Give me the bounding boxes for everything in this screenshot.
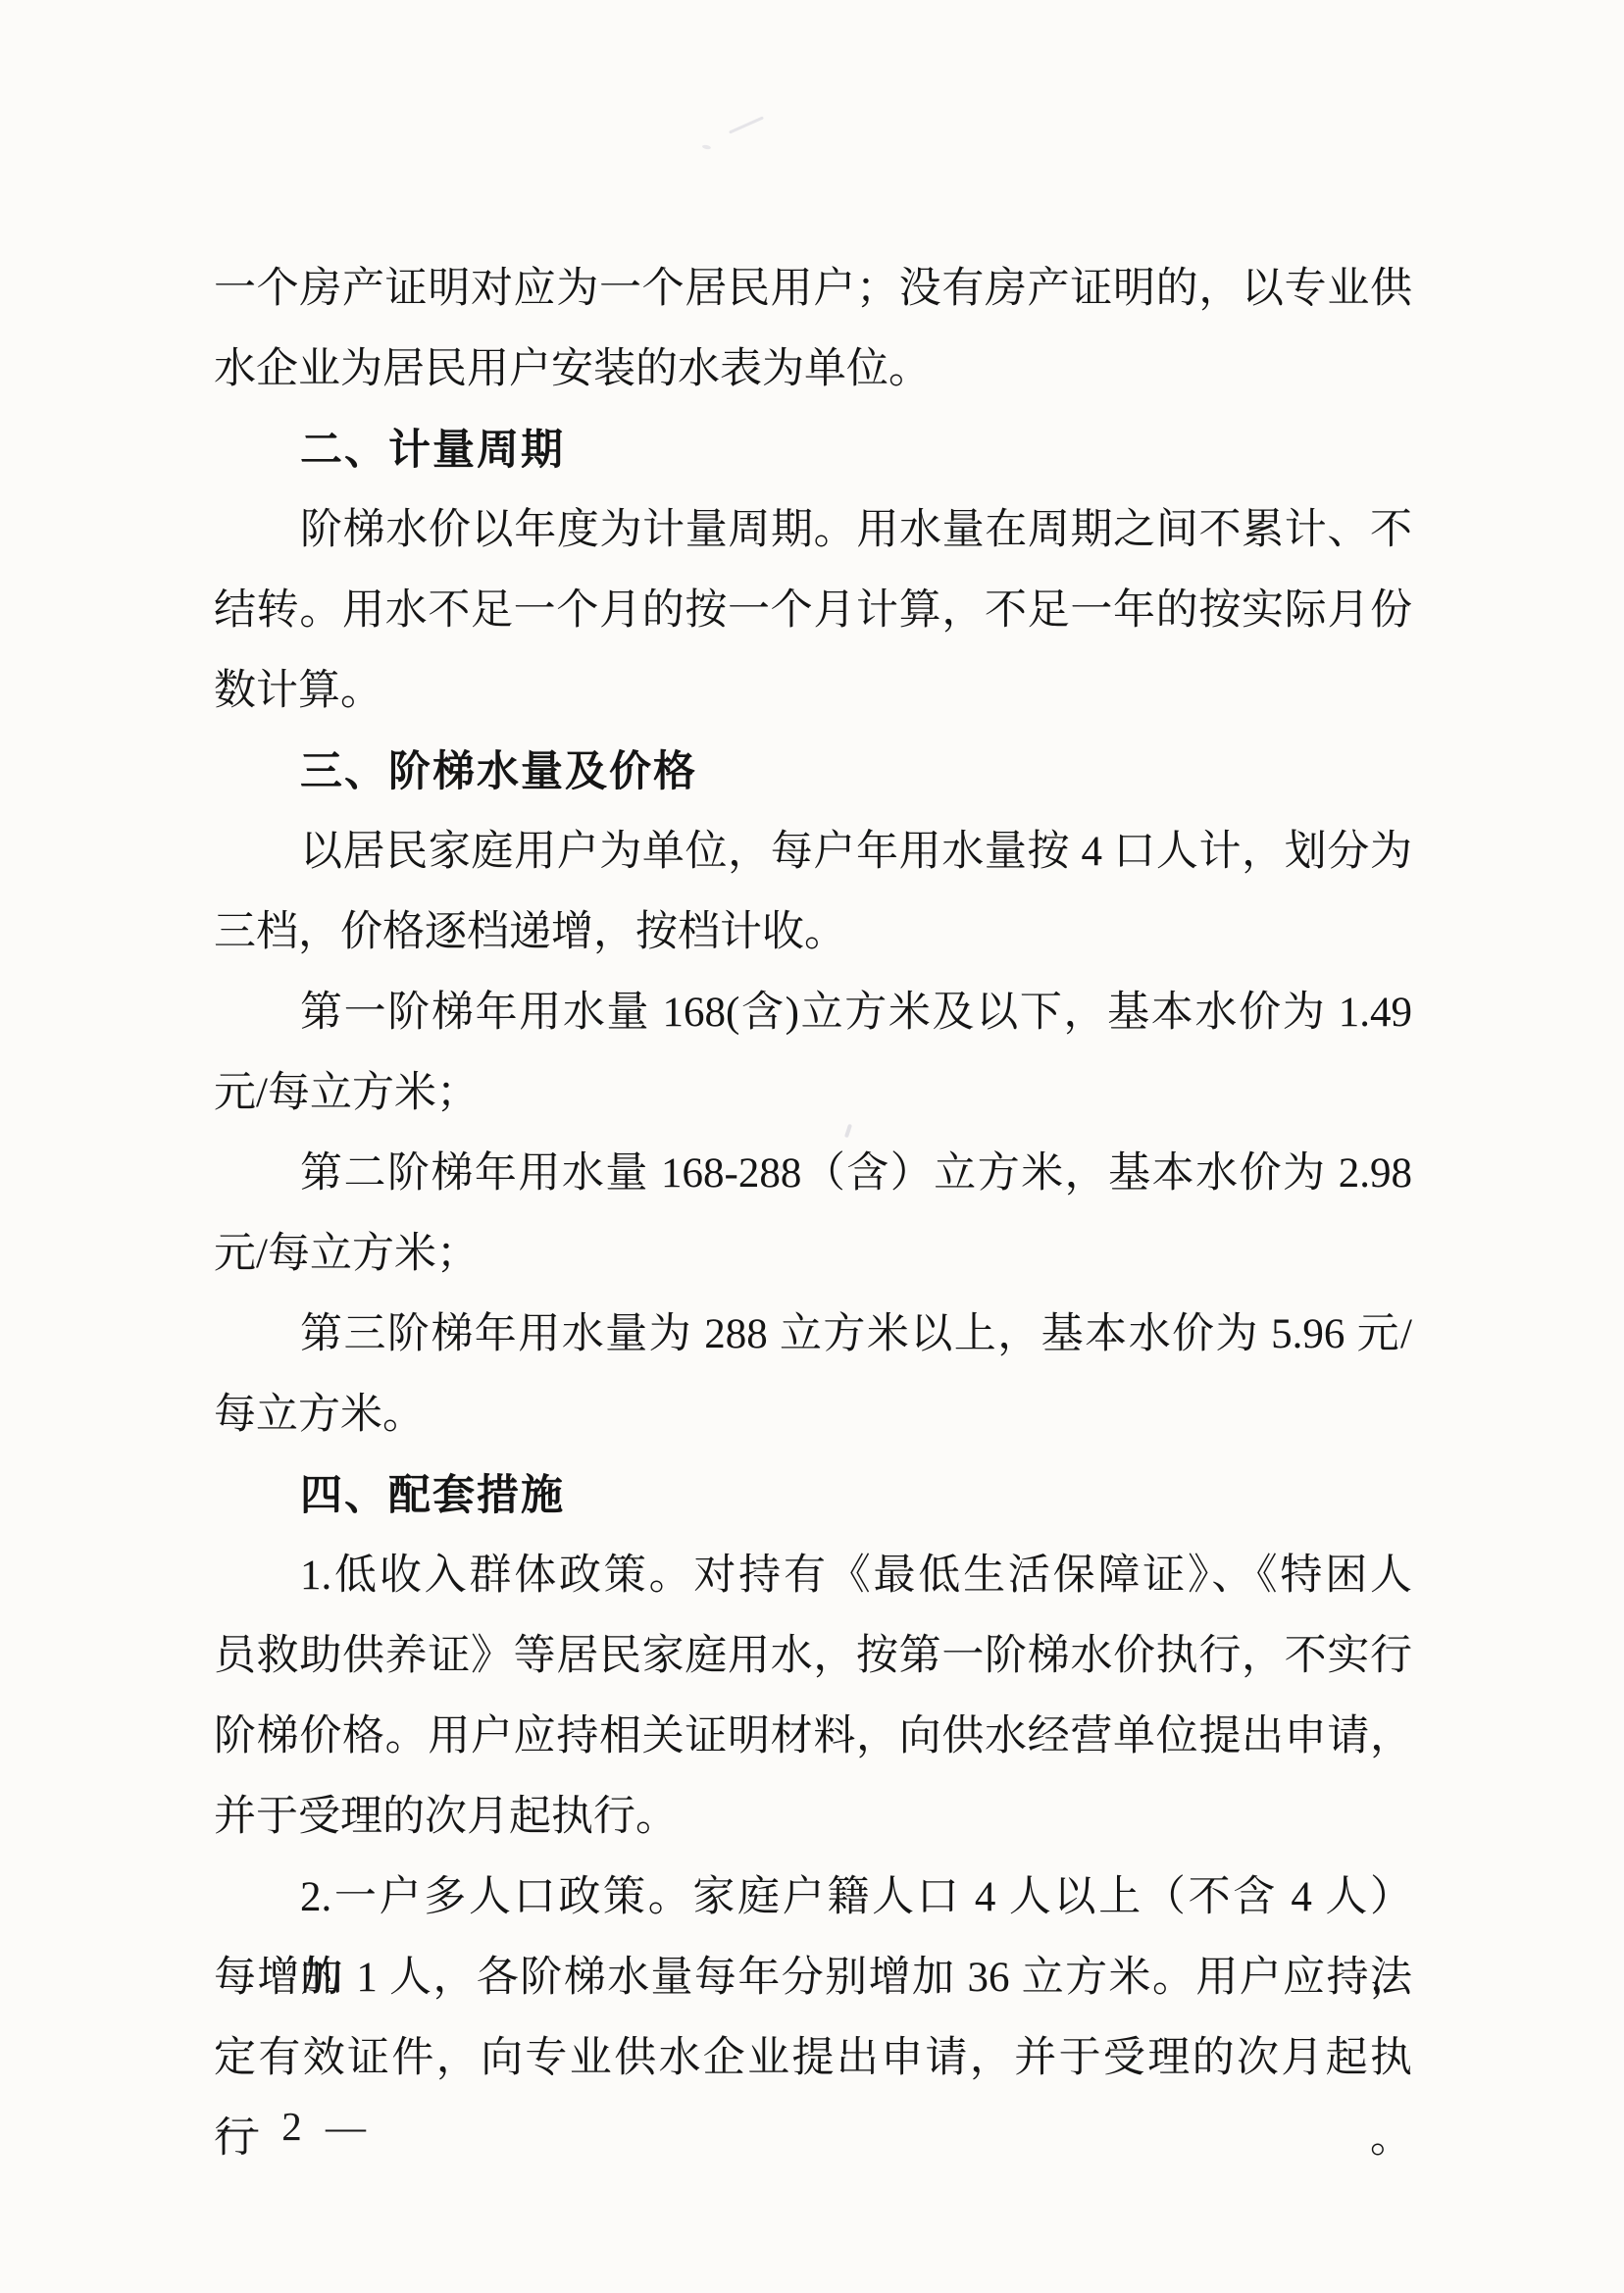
paragraph-line: 一个房产证明对应为一个居民用户；没有房产证明的，以专业供 <box>214 249 1412 330</box>
paragraph-line: 每立方米。 <box>214 1375 1412 1455</box>
paragraph-line: 数计算。 <box>214 651 1412 732</box>
text-block: 一个房产证明对应为一个居民用户；没有房产证明的，以专业供 水企业为居民用户安装的… <box>214 249 1412 2099</box>
paragraph-line: 定有效证件，向专业供水企业提出申请，并于受理的次月起执行。 <box>214 2018 1412 2099</box>
paragraph-line: 员救助供养证》等居民家庭用水，按第一阶梯水价执行，不实行 <box>214 1616 1412 1697</box>
paragraph-line-tier2: 第二阶梯年用水量 168-288（含）立方米，基本水价为 2.98 <box>214 1134 1412 1214</box>
paragraph-line-tier3: 第三阶梯年用水量为 288 立方米以上，基本水价为 5.96 元/ <box>214 1295 1412 1375</box>
paragraph-line: 三档，价格逐档递增，按档计收。 <box>214 892 1412 973</box>
paragraph-line: 元/每立方米； <box>214 1053 1412 1134</box>
paragraph-line-low-income: 1.低收入群体政策。对持有《最低生活保障证》、《特困人 <box>214 1536 1412 1616</box>
document-page: 一个房产证明对应为一个居民用户；没有房产证明的，以专业供 水企业为居民用户安装的… <box>0 0 1624 2293</box>
paragraph-line: 并于受理的次月起执行。 <box>214 1777 1412 1858</box>
paragraph-line: 结转。用水不足一个月的按一个月计算，不足一年的按实际月份 <box>214 571 1412 651</box>
paragraph-line: 以居民家庭用户为单位，每户年用水量按 4 口人计，划分为 <box>214 812 1412 892</box>
paragraph-line: 水企业为居民用户安装的水表为单位。 <box>214 330 1412 410</box>
heading-metering-cycle: 二、计量周期 <box>214 410 1412 490</box>
heading-tier-volume-price: 三、阶梯水量及价格 <box>214 732 1412 812</box>
heading-supporting-measures: 四、配套措施 <box>214 1455 1412 1536</box>
scan-artifact <box>702 144 712 150</box>
paragraph-line: 元/每立方米； <box>214 1214 1412 1295</box>
paragraph-line: 阶梯水价以年度为计量周期。用水量在周期之间不累计、不 <box>214 490 1412 571</box>
page-number: — 2 — <box>218 2099 373 2154</box>
scan-artifact <box>729 116 764 133</box>
paragraph-line-multi-person: 2.一户多人口政策。家庭户籍人口 4 人以上（不含 4 人）的， <box>214 1858 1412 1938</box>
paragraph-line-tier1: 第一阶梯年用水量 168(含)立方米及以下，基本水价为 1.49 <box>214 973 1412 1053</box>
paragraph-line: 每增加 1 人，各阶梯水量每年分别增加 36 立方米。用户应持法 <box>214 1938 1412 2018</box>
paragraph-line: 阶梯价格。用户应持相关证明材料，向供水经营单位提出申请， <box>214 1697 1412 1777</box>
